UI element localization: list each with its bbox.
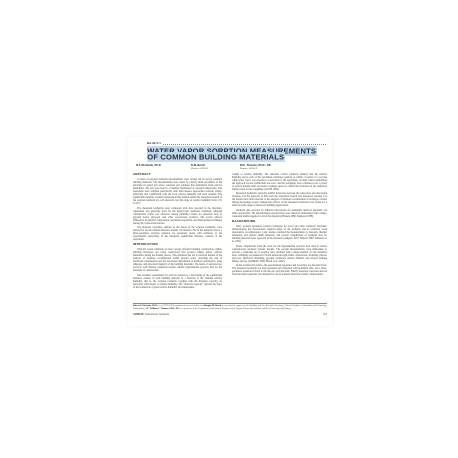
author-2: D.M. Burch Member ASHRAE (191, 164, 240, 170)
title-highlight-2: OF COMMON BUILDING MATERIALS (147, 152, 285, 162)
introduction-paragraph-1: With the recent emphasis on more energy-… (133, 248, 222, 272)
background-heading: BACKGROUND (232, 220, 327, 223)
background-paragraph-3: In the sections that follow, the experim… (232, 264, 327, 276)
author-3: W.C. Thomas, Ph.D., P.E. Member ASHRAE (240, 164, 327, 170)
right-column: weight or relative humidity. The saturat… (232, 173, 327, 301)
right-paragraph-2: Measured isotherms generally exhibit hys… (232, 192, 327, 207)
abstract-heading: ABSTRACT (133, 173, 222, 176)
abstract-paragraph-2: The measured isotherms were compared wit… (133, 207, 222, 225)
author-row: R.F. Richards, Ph.D. D.M. Burch Member A… (136, 164, 327, 170)
dotted-rule (163, 144, 326, 145)
footer-journal-rest: Transactions: Symposia (144, 313, 169, 316)
footer-journal: ASHRAE Transactions: Symposia (133, 313, 169, 316)
paper-page: BA-92-5-1 WATER VAPOR SORPTION MEASUREME… (128, 137, 332, 326)
left-column: ABSTRACT A series of sorption isotherm m… (133, 173, 222, 301)
footnote-rule (133, 303, 327, 304)
abstract-paragraph-3: The moisture capacities, defined as the … (133, 226, 222, 241)
footer-journal-bold: ASHRAE (133, 313, 144, 316)
author-3-affiliation: Member ASHRAE (240, 168, 327, 171)
author-1: R.F. Richards, Ph.D. (136, 164, 191, 170)
footnote-author-3: William C. Thomas, Ph.D., P.E., (150, 308, 180, 310)
right-paragraph-1: weight or relative humidity. The saturat… (232, 173, 327, 191)
body-columns: ABSTRACT A series of sorption isotherm m… (133, 173, 327, 301)
paper-title: WATER VAPOR SORPTION MEASUREMENTS OF COM… (147, 149, 327, 161)
background-paragraph-2: These compilations form the basis for th… (232, 245, 327, 263)
author-2-affiliation: Member ASHRAE (191, 168, 240, 171)
introduction-heading: INTRODUCTION (133, 243, 222, 246)
screenshot-canvas: BA-92-5-1 WATER VAPOR SORPTION MEASUREME… (0, 0, 458, 458)
author-footnote: Robert F. Richards, Ph.D., is an NIST/AS… (133, 305, 327, 310)
background-paragraph-1: Early workers measured sorption isotherm… (232, 225, 327, 243)
introduction-paragraph-2: One essential requirement for such an an… (133, 274, 222, 289)
author-1-name: R.F. Richards, Ph.D. (136, 164, 191, 167)
paper-code-row: BA-92-5-1 (147, 141, 327, 145)
abstract-paragraph-1: A series of sorption isotherm measuremen… (133, 178, 222, 205)
column-gap (222, 173, 232, 301)
page-footer: ASHRAE Transactions: Symposia 475 (133, 313, 327, 316)
right-paragraph-3: Isotherm data reported by different labo… (232, 209, 327, 218)
page-number: 475 (323, 313, 327, 316)
paper-code: BA-92-5-1 (147, 141, 161, 145)
footnote-text-3: is a professor in the Department of Mech… (180, 308, 291, 310)
